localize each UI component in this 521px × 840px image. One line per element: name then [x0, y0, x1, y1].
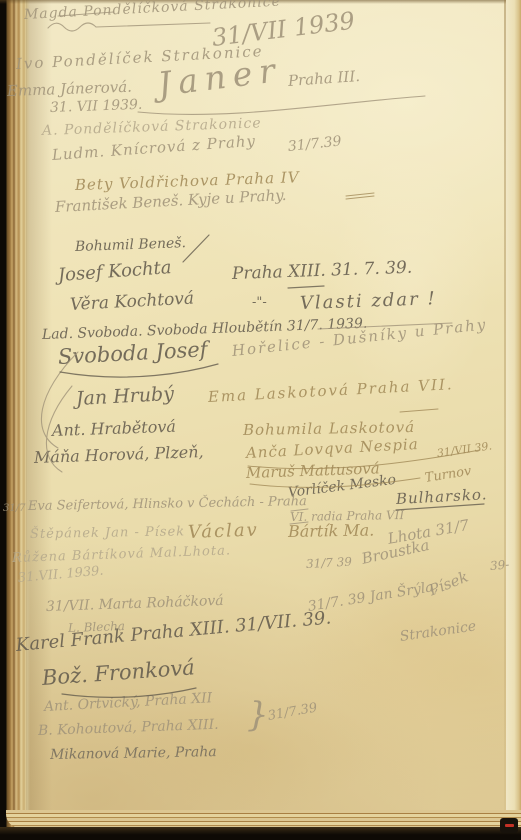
signature-entry: Bohumil Beneš. [75, 236, 186, 254]
signature-entry: Bulharsko. [396, 487, 488, 507]
signature-entry: Karel Frank Praha XIII. 31/VII. 39. [15, 609, 332, 654]
guestbook-page-scan: Magda Pondělíčková Strakonice31/VII 1939… [0, 0, 521, 840]
signature-entry: Václav [188, 522, 259, 542]
signature-entry: } [247, 698, 269, 732]
next-page-edge [506, 0, 521, 826]
signature-entry: 31. VII 1939. [50, 98, 143, 115]
signature-entry: Vlasti zdar ! [300, 290, 437, 313]
minus-icon-bar [505, 824, 514, 827]
signature-entry: 39- [489, 558, 509, 572]
signature-entry: Mikanová Marie, Praha [50, 745, 217, 762]
signature-entry: Věra Kochtová [70, 291, 195, 314]
signature-entry: Emma Jánerová. [7, 80, 132, 99]
paper-stain [330, 150, 490, 410]
signature-entry: Bož. Fronková [41, 657, 195, 689]
signature-entry: 31/7 [3, 504, 25, 514]
signature-entry: Josef Kochta [57, 259, 172, 285]
signature-entry: -"- [252, 296, 267, 309]
signature-entry: Štěpánek Jan - Písek [30, 525, 185, 541]
signature-entry: Ant. Hrabětová [52, 419, 176, 439]
signature-entry: 31/VII 39. [436, 440, 492, 459]
signature-entry: Bohumila Laskotová [243, 420, 415, 438]
signature-entry: 31/7.39 [287, 134, 342, 154]
minus-badge-icon[interactable] [500, 818, 518, 833]
signature-entry: 31/VII. Marta Roháčková [46, 594, 224, 614]
signature-entry: Praha III. [287, 69, 360, 89]
signature-entry: Eva Seifertová, Hlinsko v Čechách - Prah… [28, 495, 307, 513]
signature-entry: Turnov [424, 465, 472, 485]
signature-entry: Bártík Ma. [288, 522, 375, 540]
page-bottom-edges [6, 810, 521, 828]
signature-entry: Anča Lovqva Nespia [246, 437, 419, 461]
signature-entry: Jan Hrubý [76, 385, 175, 409]
page-fold-crease [504, 0, 506, 818]
signature-entry: Máňa Horová, Plzeň, [34, 444, 204, 466]
signature-entry: 31/7 39 [306, 556, 353, 570]
scan-bottom-shadow [0, 827, 521, 840]
signature-entry: Ludm. Knícrová z Prahy [51, 134, 256, 163]
signature-entry: Svoboda Josef [57, 339, 208, 368]
